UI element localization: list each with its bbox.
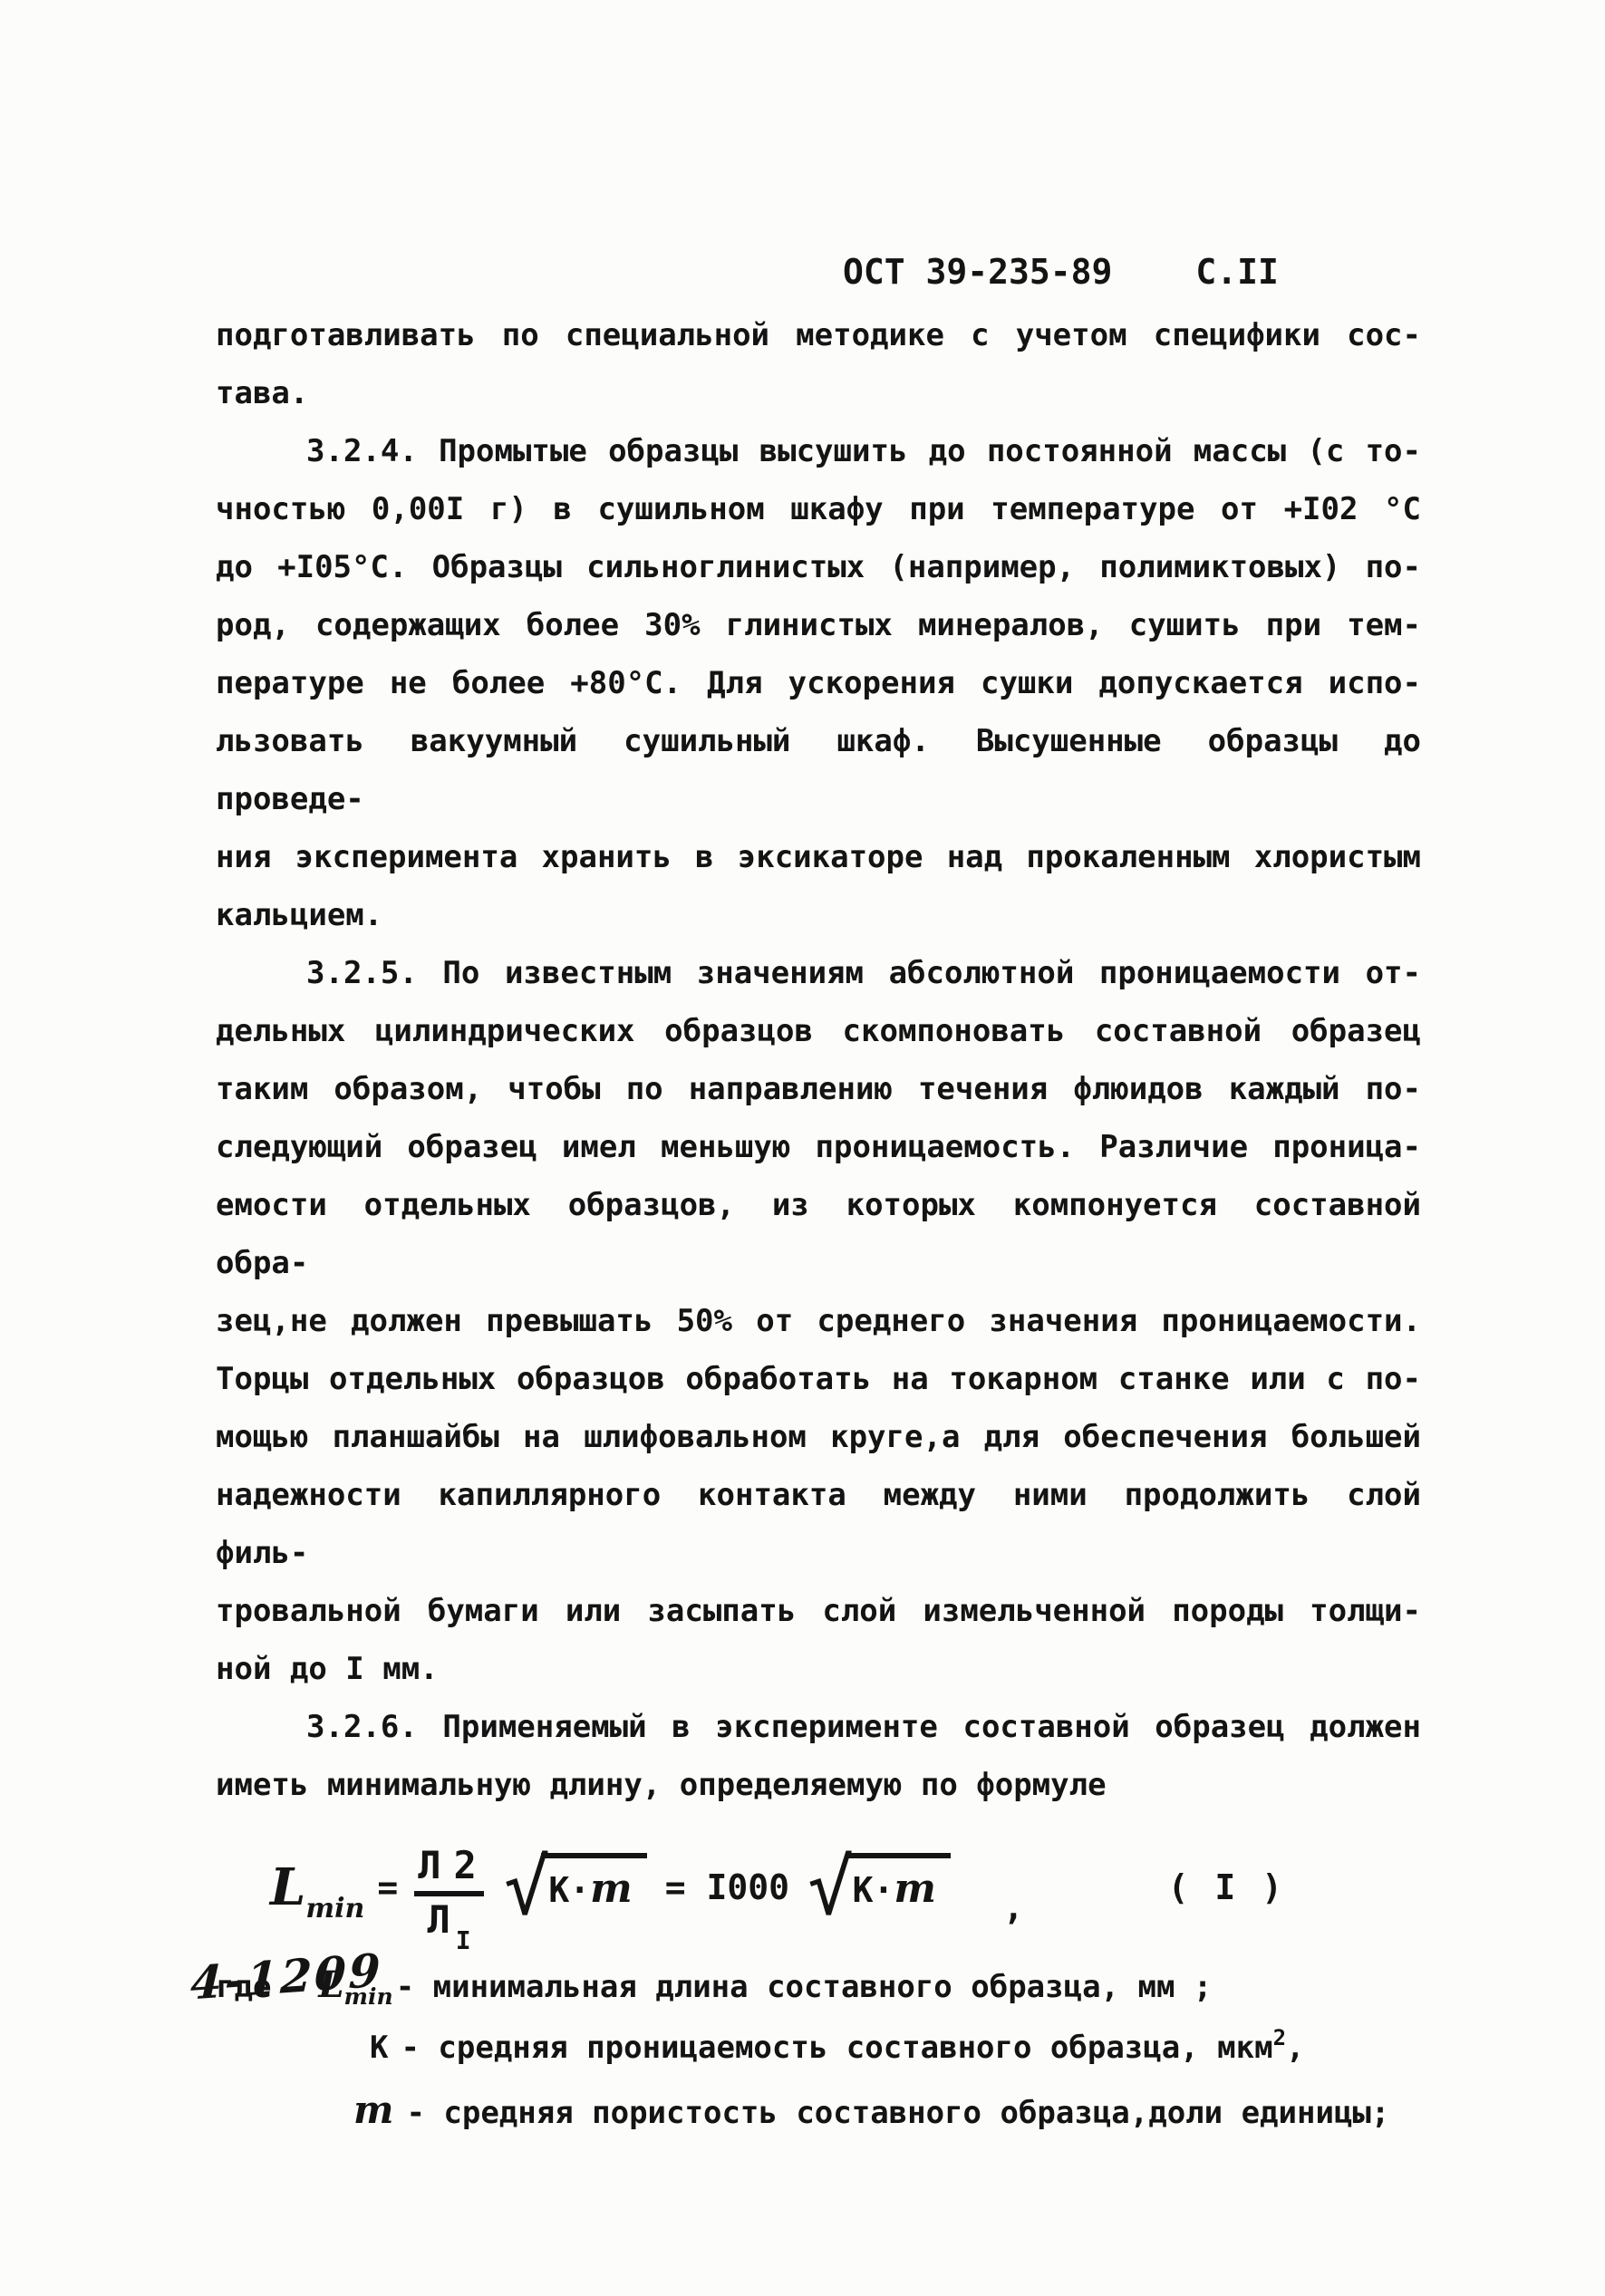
symbol-definitions: где Lmin - минимальная длина составного … xyxy=(216,1955,1466,2143)
fraction-denominator: ЛI xyxy=(427,1896,470,1940)
superscript-2: 2 xyxy=(1273,2009,1286,2068)
text-line: тровальной бумаги или засыпать слой изме… xyxy=(216,1582,1421,1640)
equals-1000: = I000 xyxy=(665,1867,789,1907)
text-line: зец,не должен превышать 50% от среднего … xyxy=(216,1292,1421,1350)
document-number: ОСТ 39-235-89 xyxy=(843,252,1112,292)
text-line: мощью планшайбы на шлифовальном круге,а … xyxy=(216,1408,1421,1466)
clause-3-2-4-start: 3.2.4. Промытые образцы высушить до пост… xyxy=(216,422,1421,480)
definition-m: m - средняя пористость составного образц… xyxy=(216,2080,1466,2143)
text-line: емости отдельных образцов, из которых ко… xyxy=(216,1176,1421,1292)
text-line: Торцы отдельных образцов обработать на т… xyxy=(216,1350,1421,1408)
document-body: подготавливать по специальной методике с… xyxy=(216,306,1421,1814)
symbol-m: m xyxy=(353,2080,393,2139)
text-line: подготавливать по специальной методике с… xyxy=(216,306,1421,364)
square-root: √ К·m xyxy=(807,1849,951,1925)
text-line: следующий образец имел меньшую проницаем… xyxy=(216,1118,1421,1176)
text-line: ния эксперимента хранить в эксикаторе на… xyxy=(216,828,1421,886)
text-line: кальцием. xyxy=(216,886,1421,944)
radicand: К·m xyxy=(846,1853,951,1912)
definition-text: - средняя проницаемость составного образ… xyxy=(401,2019,1272,2078)
formula-lhs-lmin: Lmin xyxy=(270,1857,364,1917)
page-number: С.II xyxy=(1195,252,1279,292)
text-line: род, содержащих более 30% глинистых мине… xyxy=(216,596,1421,654)
text-line: льзовать вакуумный сушильный шкаф. Высуш… xyxy=(216,712,1421,828)
text-line: дельных цилиндрических образцов скомпоно… xyxy=(216,1002,1421,1060)
scanned-document-page: ОСТ 39-235-89 С.II подготавливать по спе… xyxy=(0,0,1605,2296)
clause-3-2-6-start: 3.2.6. Применяемый в эксперименте состав… xyxy=(216,1698,1421,1756)
equals-sign: = xyxy=(377,1867,398,1907)
text-line: пературе не более +80°С. Для ускорения с… xyxy=(216,654,1421,712)
definition-text: - средняя пористость составного образца,… xyxy=(406,2084,1389,2143)
formula-1: Lmin = Л2 ЛI √ К·m = I000 √ К·m , ( I ) xyxy=(216,1819,1421,1955)
text-line: иметь минимальную длину, определяемую по… xyxy=(216,1756,1421,1814)
fraction-numerator: Л2 xyxy=(414,1846,484,1896)
fraction: Л2 ЛI xyxy=(414,1846,484,1940)
text-line: тава. xyxy=(216,364,1421,422)
square-root: √ К·m xyxy=(504,1849,647,1925)
definition-k: К - средняя проницаемость составного обр… xyxy=(216,2019,1466,2080)
equation-number: ( I ) xyxy=(1168,1867,1285,1907)
page-header: ОСТ 39-235-89 С.II xyxy=(0,0,1605,292)
text-line: до +I05°С. Образцы сильноглинистых (напр… xyxy=(216,538,1421,596)
text-line: надежности капиллярного контакта между н… xyxy=(216,1466,1421,1582)
definition-tail: , xyxy=(1286,2019,1304,2078)
definition-text: - минимальная длина составного образца, … xyxy=(396,1958,1213,2017)
text-line: чностью 0,00I г) в сушильном шкафу при т… xyxy=(216,480,1421,538)
text-line: таким образом, чтобы по направлению тече… xyxy=(216,1060,1421,1118)
text-line: ной до I мм. xyxy=(216,1640,1421,1698)
symbol-k: К xyxy=(370,2019,388,2078)
radicand: К·m xyxy=(541,1853,646,1912)
formula-comma: , xyxy=(1003,1887,1024,1927)
clause-3-2-5-start: 3.2.5. По известным значениям абсолютной… xyxy=(216,944,1421,1002)
